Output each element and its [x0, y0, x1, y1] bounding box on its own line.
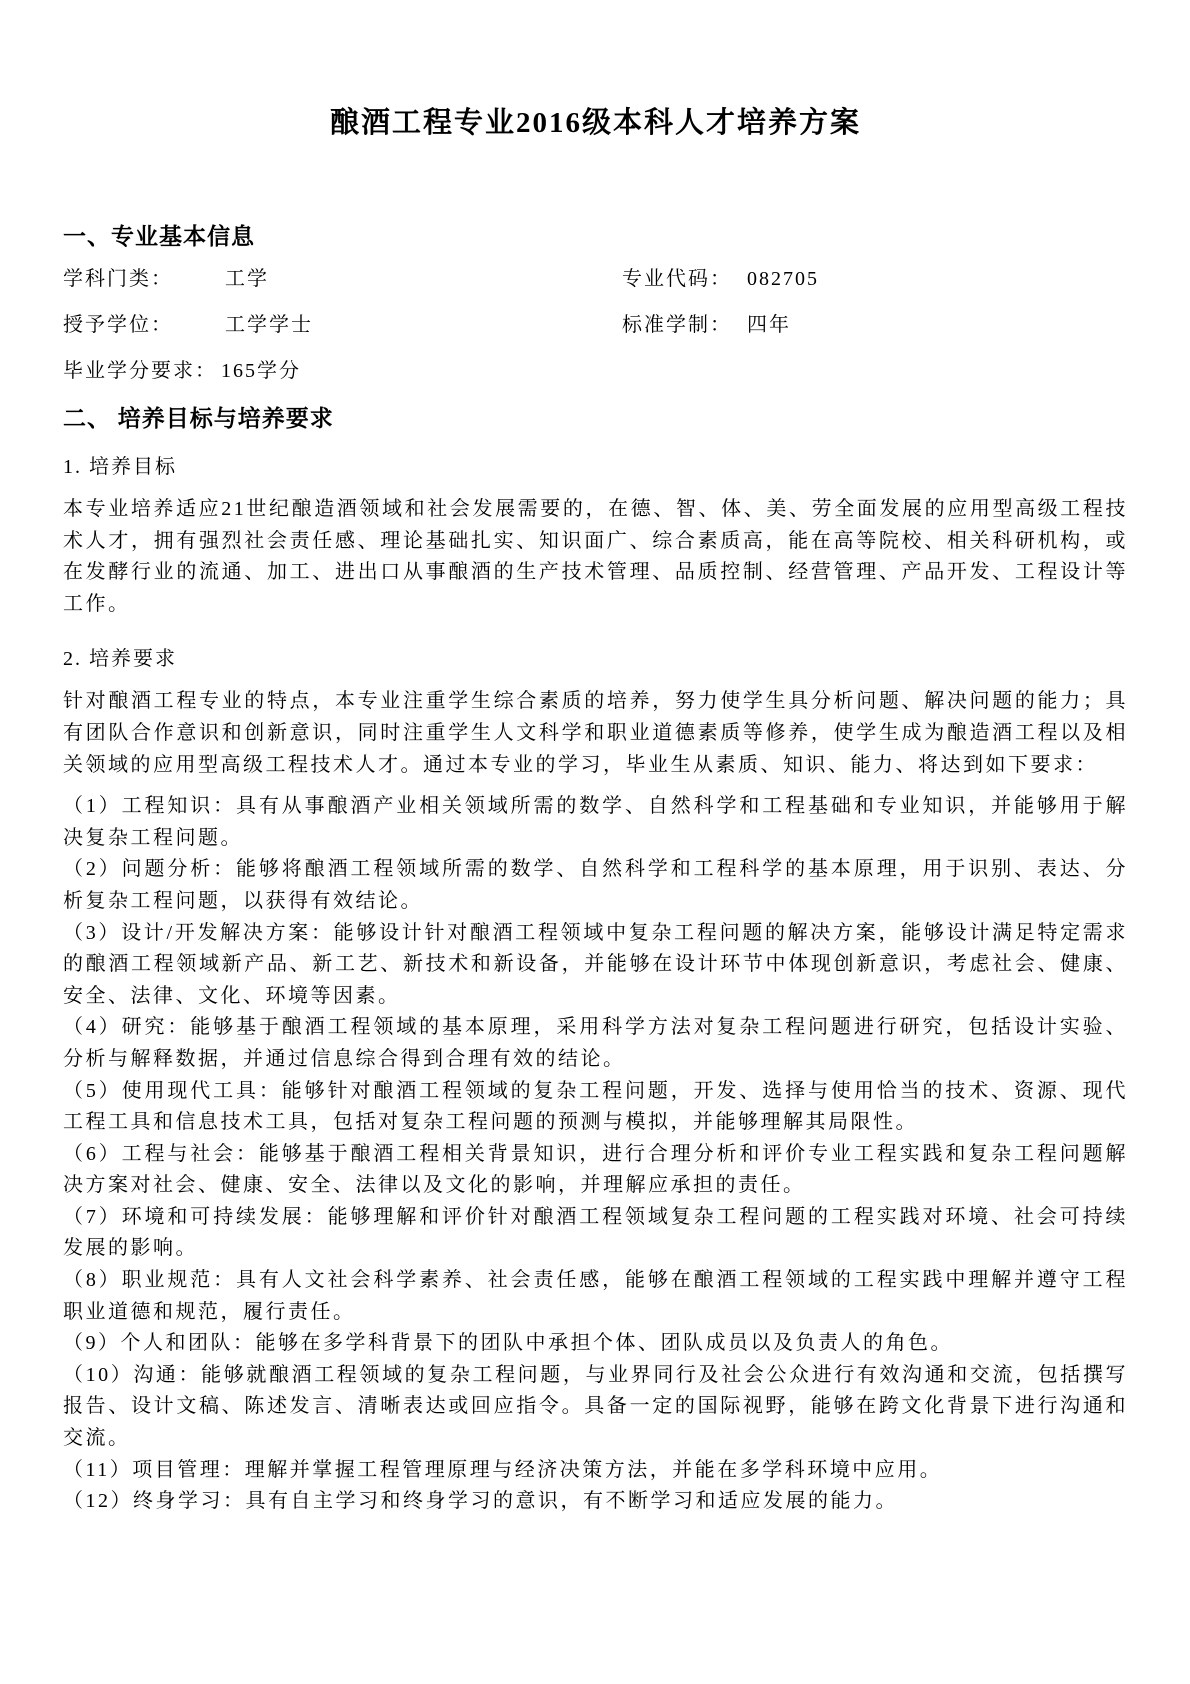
info-row-2: 授予学位： 工学学士 标准学制： 四年: [63, 312, 1128, 338]
objective-paragraph: 本专业培养适应21世纪酿造酒领域和社会发展需要的，在德、智、体、美、劳全面发展的…: [63, 494, 1128, 620]
requirement-item-7: （7）环境和可持续发展：能够理解和评价针对酿酒工程领域复杂工程问题的工程实践对环…: [63, 1202, 1128, 1265]
subject-category-value: 工学: [225, 266, 269, 292]
requirement-item-4: （4）研究：能够基于酿酒工程领域的基本原理，采用科学方法对复杂工程问题进行研究，…: [63, 1012, 1128, 1075]
requirement-item-10: （10）沟通：能够就酿酒工程领域的复杂工程问题，与业界同行及社会公众进行有效沟通…: [63, 1360, 1128, 1455]
requirement-item-11: （11）项目管理：理解并掌握工程管理原理与经济决策方法，并能在多学科环境中应用。: [63, 1455, 1128, 1487]
info-row-3: 毕业学分要求： 165学分: [63, 358, 1128, 384]
schooling-length-label: 标准学制：: [622, 312, 747, 338]
credit-requirement-label: 毕业学分要求：: [63, 358, 217, 384]
degree-value: 工学学士: [225, 312, 313, 338]
info-row-1: 学科门类： 工学 专业代码： 082705: [63, 266, 1128, 292]
subject-category-label: 学科门类：: [63, 266, 225, 292]
schooling-length-value: 四年: [747, 312, 791, 338]
major-code-label: 专业代码：: [622, 266, 747, 292]
objective-heading: 1. 培养目标: [63, 454, 1128, 480]
info-right-cell: 专业代码： 082705: [622, 266, 819, 292]
credit-requirement-value: 165学分: [221, 358, 301, 384]
requirement-item-9: （9）个人和团队：能够在多学科背景下的团队中承担个体、团队成员以及负责人的角色。: [63, 1328, 1128, 1360]
requirement-intro-paragraph: 针对酿酒工程专业的特点，本专业注重学生综合素质的培养，努力使学生具分析问题、解决…: [63, 686, 1128, 781]
requirement-item-3: （3）设计/开发解决方案：能够设计针对酿酒工程领域中复杂工程问题的解决方案，能够…: [63, 918, 1128, 1013]
degree-label: 授予学位：: [63, 312, 225, 338]
document-title: 酿酒工程专业2016级本科人才培养方案: [63, 106, 1128, 140]
info-right-cell: 标准学制： 四年: [622, 312, 791, 338]
requirement-item-5: （5）使用现代工具：能够针对酿酒工程领域的复杂工程问题，开发、选择与使用恰当的技…: [63, 1076, 1128, 1139]
requirement-item-1: （1）工程知识：具有从事酿酒产业相关领域所需的数学、自然科学和工程基础和专业知识…: [63, 791, 1128, 854]
document-page: 酿酒工程专业2016级本科人才培养方案 一、专业基本信息 学科门类： 工学 专业…: [0, 0, 1190, 1684]
requirement-list: （1）工程知识：具有从事酿酒产业相关领域所需的数学、自然科学和工程基础和专业知识…: [63, 791, 1128, 1518]
requirement-heading: 2. 培养要求: [63, 646, 1128, 672]
section-basic-info-heading: 一、专业基本信息: [63, 224, 1128, 250]
info-left-cell: 授予学位： 工学学士: [63, 312, 622, 338]
major-code-value: 082705: [747, 266, 819, 292]
info-left-cell: 学科门类： 工学: [63, 266, 622, 292]
requirement-item-6: （6）工程与社会：能够基于酿酒工程相关背景知识，进行合理分析和评价专业工程实践和…: [63, 1139, 1128, 1202]
requirement-item-12: （12）终身学习：具有自主学习和终身学习的意识，有不断学习和适应发展的能力。: [63, 1486, 1128, 1518]
section-training-heading: 二、 培养目标与培养要求: [63, 406, 1128, 432]
requirement-item-8: （8）职业规范：具有人文社会科学素养、社会责任感，能够在酿酒工程领域的工程实践中…: [63, 1265, 1128, 1328]
requirement-item-2: （2）问题分析：能够将酿酒工程领域所需的数学、自然科学和工程科学的基本原理，用于…: [63, 854, 1128, 917]
basic-info-table: 学科门类： 工学 专业代码： 082705 授予学位： 工学学士 标准学制： 四…: [63, 266, 1128, 384]
